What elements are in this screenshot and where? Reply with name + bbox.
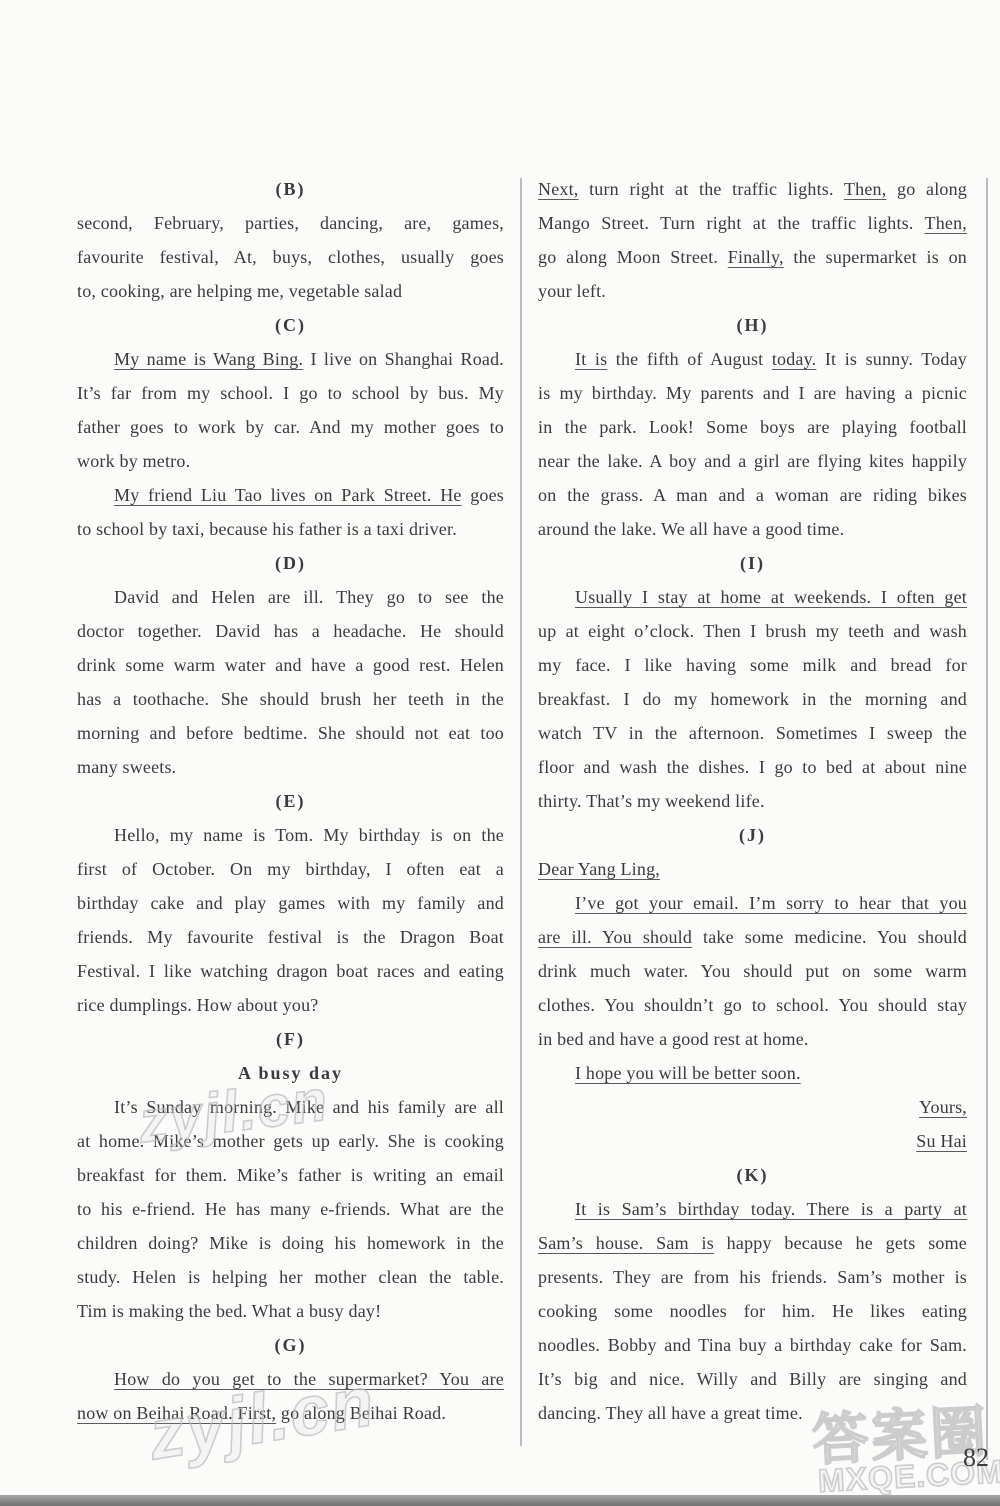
text-line: breakfast for them. Mike’s father is wri… xyxy=(77,1158,504,1192)
text-line: drink some warm water and have a good re… xyxy=(77,648,504,682)
text-line: It is the fifth of August today. It is s… xyxy=(538,342,967,376)
section-heading: (H) xyxy=(538,308,967,342)
underlined-text: are ill. You should xyxy=(538,927,692,947)
text-line: is my birthday. My parents and I are hav… xyxy=(538,376,967,410)
text-line: dancing. They all have a great time. xyxy=(538,1396,967,1430)
section-heading: (G) xyxy=(77,1328,504,1362)
underlined-text: It is Sam’s birthday today. There is a p… xyxy=(575,1199,967,1219)
underlined-text: now on Beihai Road. First, xyxy=(77,1403,276,1423)
underlined-text: Finally, xyxy=(728,247,784,267)
text-line: morning and before bedtime. She should n… xyxy=(77,716,504,750)
text-line: near the lake. A boy and a girl are flyi… xyxy=(538,444,967,478)
text-line: work by metro. xyxy=(77,444,504,478)
text-line: has a toothache. She should brush her te… xyxy=(77,682,504,716)
text-line: breakfast. I do my homework in the morni… xyxy=(538,682,967,716)
underlined-text: I hope you will be better soon. xyxy=(575,1063,801,1083)
column-divider-line xyxy=(520,178,522,1446)
text-line: father goes to work by car. And my mothe… xyxy=(77,410,504,444)
scan-bottom-edge xyxy=(0,1495,1000,1506)
text-line: thirty. That’s my weekend life. xyxy=(538,784,967,818)
text-line: friends. My favourite festival is the Dr… xyxy=(77,920,504,954)
text-line: It’s far from my school. I go to school … xyxy=(77,376,504,410)
underlined-text: Yours, xyxy=(919,1097,967,1117)
text-line: Mango Street. Turn right at the traffic … xyxy=(538,206,967,240)
text-line: on the grass. A man and a woman are ridi… xyxy=(538,478,967,512)
text-line: study. Helen is helping her mother clean… xyxy=(77,1260,504,1294)
text-line: Dear Yang Ling, xyxy=(538,852,967,886)
text-line: It’s big and nice. Willy and Billy are s… xyxy=(538,1362,967,1396)
text-line: in bed and have a good rest at home. xyxy=(538,1022,967,1056)
text-line: in the park. Look! Some boys are playing… xyxy=(538,410,967,444)
text-line: now on Beihai Road. First, go along Beih… xyxy=(77,1396,504,1430)
underlined-text: My friend Liu Tao lives on Park Street. … xyxy=(114,485,462,505)
underlined-text: My name is Wang Bing. xyxy=(114,349,303,369)
underlined-text: Usually I stay at home at weekends. I of… xyxy=(575,587,967,607)
text-line: Hello, my name is Tom. My birthday is on… xyxy=(77,818,504,852)
scanned-answer-page: (B)second, February, parties, dancing, a… xyxy=(0,0,1000,1506)
section-heading: (F) xyxy=(77,1022,504,1056)
page-edge-line xyxy=(986,178,988,1460)
text-line: Su Hai xyxy=(538,1124,967,1158)
text-line: presents. They are from his friends. Sam… xyxy=(538,1260,967,1294)
text-line: first of October. On my birthday, I ofte… xyxy=(77,852,504,886)
text-line: Next, turn right at the traffic lights. … xyxy=(538,172,967,206)
text-line: birthday cake and play games with my fam… xyxy=(77,886,504,920)
underlined-text: today. xyxy=(772,349,817,369)
text-line: second, February, parties, dancing, are,… xyxy=(77,206,504,240)
text-line: My friend Liu Tao lives on Park Street. … xyxy=(77,478,504,512)
text-line: your left. xyxy=(538,274,967,308)
text-line: drink much water. You should put on some… xyxy=(538,954,967,988)
underlined-text: How do you get to the supermarket? You a… xyxy=(114,1369,504,1389)
text-line: to school by taxi, because his father is… xyxy=(77,512,504,546)
underlined-text: Su Hai xyxy=(916,1131,967,1151)
text-line: doctor together. David has a headache. H… xyxy=(77,614,504,648)
text-line: noodles. Bobby and Tina buy a birthday c… xyxy=(538,1328,967,1362)
section-heading: (E) xyxy=(77,784,504,818)
text-line: favourite festival, At, buys, clothes, u… xyxy=(77,240,504,274)
text-line: rice dumplings. How about you? xyxy=(77,988,504,1022)
underlined-text: Sam’s house. Sam is xyxy=(538,1233,714,1253)
text-line: at home. Mike’s mother gets up early. Sh… xyxy=(77,1124,504,1158)
text-line: How do you get to the supermarket? You a… xyxy=(77,1362,504,1396)
text-line: to his e-friend. He has many e-friends. … xyxy=(77,1192,504,1226)
text-line: to, cooking, are helping me, vegetable s… xyxy=(77,274,504,308)
text-line: clothes. You shouldn’t go to school. You… xyxy=(538,988,967,1022)
text-line: my face. I like having some milk and bre… xyxy=(538,648,967,682)
text-line: It’s Sunday morning. Mike and his family… xyxy=(77,1090,504,1124)
text-line: floor and wash the dishes. I go to bed a… xyxy=(538,750,967,784)
underlined-text: Then, xyxy=(925,213,967,233)
page-number: 82 xyxy=(963,1443,989,1473)
section-heading: (B) xyxy=(77,172,504,206)
text-line: around the lake. We all have a good time… xyxy=(538,512,967,546)
text-line: many sweets. xyxy=(77,750,504,784)
text-line: watch TV in the afternoon. Sometimes I s… xyxy=(538,716,967,750)
passage-title: A busy day xyxy=(77,1056,504,1090)
text-line: Sam’s house. Sam is happy because he get… xyxy=(538,1226,967,1260)
text-line: Festival. I like watching dragon boat ra… xyxy=(77,954,504,988)
underlined-text: It is xyxy=(575,349,607,369)
text-line: I’ve got your email. I’m sorry to hear t… xyxy=(538,886,967,920)
underlined-text: Dear Yang Ling, xyxy=(538,859,660,879)
text-line: up at eight o’clock. Then I brush my tee… xyxy=(538,614,967,648)
text-line: children doing? Mike is doing his homewo… xyxy=(77,1226,504,1260)
text-line: cooking some noodles for him. He likes e… xyxy=(538,1294,967,1328)
underlined-text: I’ve got your email. I’m sorry to hear t… xyxy=(575,893,967,913)
left-column: (B)second, February, parties, dancing, a… xyxy=(77,172,504,1430)
text-line: I hope you will be better soon. xyxy=(538,1056,967,1090)
text-line: David and Helen are ill. They go to see … xyxy=(77,580,504,614)
text-line: Tim is making the bed. What a busy day! xyxy=(77,1294,504,1328)
text-line: It is Sam’s birthday today. There is a p… xyxy=(538,1192,967,1226)
right-column: Next, turn right at the traffic lights. … xyxy=(538,172,967,1430)
text-line: Usually I stay at home at weekends. I of… xyxy=(538,580,967,614)
underlined-text: Next, xyxy=(538,179,579,199)
underlined-text: Then, xyxy=(844,179,886,199)
section-heading: (J) xyxy=(538,818,967,852)
section-heading: (I) xyxy=(538,546,967,580)
section-heading: (D) xyxy=(77,546,504,580)
text-line: are ill. You should take some medicine. … xyxy=(538,920,967,954)
text-line: Yours, xyxy=(538,1090,967,1124)
section-heading: (C) xyxy=(77,308,504,342)
text-line: My name is Wang Bing. I live on Shanghai… xyxy=(77,342,504,376)
text-line: go along Moon Street. Finally, the super… xyxy=(538,240,967,274)
section-heading: (K) xyxy=(538,1158,967,1192)
